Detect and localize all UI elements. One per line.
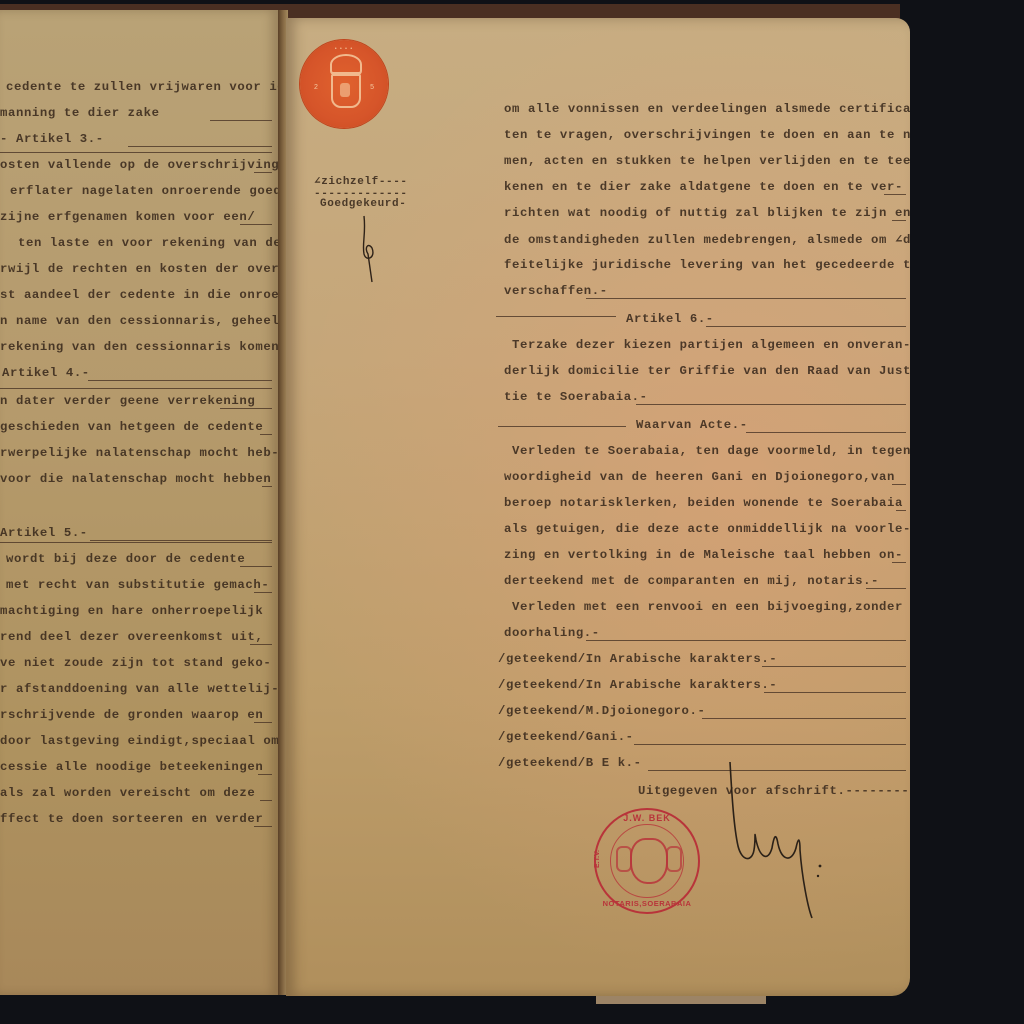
right-page-line: /geteekend/Gani.- <box>498 730 634 744</box>
left-page-line: geschieden van hetgeen de cedente <box>0 420 263 434</box>
left-page-line: cedente te zullen vrijwaren voor ie- <box>6 80 280 94</box>
left-page-line: ve niet zoude zijn tot stand geko- <box>0 656 271 670</box>
right-page-line: de omstandigheden zullen medebrengen, al… <box>504 232 910 247</box>
heading-rule <box>496 316 616 317</box>
fill-rule <box>262 486 272 487</box>
left-page-line: st aandeel der cedente in die onroe- <box>0 288 280 302</box>
right-page-line: als getuigen, die deze acte onmiddellijk… <box>504 522 910 536</box>
left-page-line: rend deel dezer overeenkomst uit, <box>0 630 263 644</box>
coat-of-arms-icon <box>630 838 668 884</box>
fill-rule <box>128 146 272 147</box>
margin-note-line1: ∠zichzelf---- <box>314 174 408 188</box>
right-page-line: ten te vragen, overschrijvingen te doen … <box>504 128 910 142</box>
right-page-line: /geteekend/In Arabische karakters.- <box>498 652 777 666</box>
fill-rule <box>260 434 272 435</box>
fill-rule <box>88 380 272 381</box>
fill-rule <box>892 562 906 563</box>
fill-rule <box>866 588 906 589</box>
left-page-line: zijne erfgenamen komen voor een/ <box>0 210 255 224</box>
right-page-line: Verleden met een renvooi en een bijvoegi… <box>512 600 903 614</box>
fill-rule <box>586 298 906 299</box>
stamp-title: E.T.V. <box>594 850 601 868</box>
right-page-line: Verleden te Soerabaia, ten dage voormeld… <box>512 444 910 458</box>
fill-rule <box>260 800 272 801</box>
right-page-line: kenen en te dier zake aldatgene te doen … <box>504 180 903 194</box>
left-page-line: door lastgeving eindigt,speciaal om <box>0 734 279 748</box>
fill-rule <box>220 408 272 409</box>
crown-icon <box>330 54 362 75</box>
left-page-line: rekening van den cessionnaris komen <box>0 340 279 354</box>
right-page-line: /geteekend/B E k.- <box>498 756 642 770</box>
right-page-line: /geteekend/In Arabische karakters.- <box>498 678 777 692</box>
left-page-line: erflater nagelaten onroerende goede- <box>10 184 280 198</box>
left-page-line: n dater verder geene verrekening <box>0 394 255 408</box>
right-page-line: derlijk domicilie ter Griffie van den Ra… <box>504 364 910 378</box>
right-page-line: om alle vonnissen en verdeelingen alsmed… <box>504 102 910 116</box>
fill-rule <box>254 722 272 723</box>
fill-rule <box>762 666 906 667</box>
left-page-line: r afstanddoening van alle wettelij- <box>0 682 279 696</box>
fill-rule <box>586 640 906 641</box>
right-page-line: feitelijke juridische levering van het g… <box>504 258 910 272</box>
revenue-seal-icon: • • • • 2 5 <box>300 40 388 128</box>
left-page-line: machtiging en hare onherroepelijk <box>0 604 263 618</box>
left-page-line: osten vallende op de overschrijving <box>0 158 279 172</box>
left-page-line: n name van den cessionnaris, geheel <box>0 314 279 328</box>
left-page-line: als zal worden vereischt om deze <box>0 786 255 800</box>
fill-rule <box>702 718 906 719</box>
right-page-line: zing en vertolking in de Maleische taal … <box>504 548 903 562</box>
left-page-line: Artikel 4.- <box>2 366 90 380</box>
right-page-line: doorhaling.- <box>504 626 600 640</box>
left-page: cedente te zullen vrijwaren voor ie-mann… <box>0 10 280 995</box>
right-page-line: men, acten en stukken te helpen verlijde… <box>504 154 910 168</box>
page-tab <box>596 996 766 1004</box>
fill-rule <box>892 484 906 485</box>
notary-signature-icon <box>716 758 836 928</box>
right-page-line: richten wat noodig of nuttig zal blijken… <box>504 206 910 220</box>
right-page-line: derteekend met de comparanten en mij, no… <box>504 574 879 588</box>
stamp-location: NOTARIS,SOERABAIA <box>596 899 698 908</box>
notary-stamp-icon: J.W. BEK E.T.V. NOTARIS,SOERABAIA <box>594 808 700 914</box>
right-page-line: tie te Soerabaia.- <box>504 390 648 404</box>
left-page-line: rwijl de rechten en kosten der over- <box>0 262 280 276</box>
fill-rule <box>884 194 906 195</box>
fill-rule <box>210 120 272 121</box>
fill-rule <box>254 826 272 827</box>
left-page-line: - Artikel 3.- <box>0 132 104 146</box>
lion-shield-icon <box>331 74 361 108</box>
fill-rule <box>764 692 906 693</box>
fill-rule <box>254 592 272 593</box>
fill-rule <box>240 224 272 225</box>
fill-rule <box>90 540 272 541</box>
left-page-line: wordt bij deze door de cedente <box>6 552 245 566</box>
right-page-line: /geteekend/M.Djoionegoro.- <box>498 704 705 718</box>
margin-note-line3: Goedgekeurd- <box>320 198 406 210</box>
fill-rule <box>240 566 272 567</box>
fill-rule <box>250 644 272 645</box>
right-page-line: beroep notarisklerken, beiden wonende te… <box>504 496 903 510</box>
seal-side-left: 2 <box>314 84 318 91</box>
right-page-line: Terzake dezer kiezen partijen algemeen e… <box>512 338 910 352</box>
right-page-line: verschaffen.- <box>504 284 608 298</box>
section-rule <box>0 152 272 153</box>
section-rule <box>0 388 272 389</box>
fill-rule <box>258 774 272 775</box>
seal-ring-text: • • • • <box>300 46 388 52</box>
left-page-line: voor die nalatenschap mocht hebben <box>0 472 271 486</box>
left-page-line: ffect te doen sorteeren en verder <box>0 812 263 826</box>
right-page: • • • • 2 5 ∠zichzelf---- ------------- … <box>286 18 910 996</box>
fill-rule <box>706 326 906 327</box>
left-page-line: met recht van substitutie gemach- <box>6 578 269 592</box>
right-page-line: Waarvan Acte.- <box>636 418 748 432</box>
left-page-line: Artikel 5.- <box>0 526 88 540</box>
left-page-line: rschrijvende de gronden waarop en <box>0 708 263 722</box>
fill-rule <box>634 744 906 745</box>
left-page-line: rwerpelijke nalatenschap mocht heb- <box>0 446 279 460</box>
right-page-line: woordigheid van de heeren Gani en Djoion… <box>504 470 895 484</box>
approval-initial-icon <box>358 214 384 284</box>
stamp-notary-name: J.W. BEK <box>596 813 698 823</box>
fill-rule <box>636 404 906 405</box>
fill-rule <box>746 432 906 433</box>
left-page-line: cessie alle noodige beteekeningen <box>0 760 263 774</box>
heading-rule <box>498 426 626 427</box>
seal-side-right: 5 <box>370 84 374 91</box>
left-page-line: manning te dier zake <box>0 106 160 120</box>
fill-rule <box>892 220 906 221</box>
left-page-line: ten laste en voor rekening van den <box>18 236 280 250</box>
right-page-line: Artikel 6.- <box>626 312 714 326</box>
section-rule <box>0 542 272 543</box>
fill-rule <box>896 510 906 511</box>
fill-rule <box>254 172 272 173</box>
